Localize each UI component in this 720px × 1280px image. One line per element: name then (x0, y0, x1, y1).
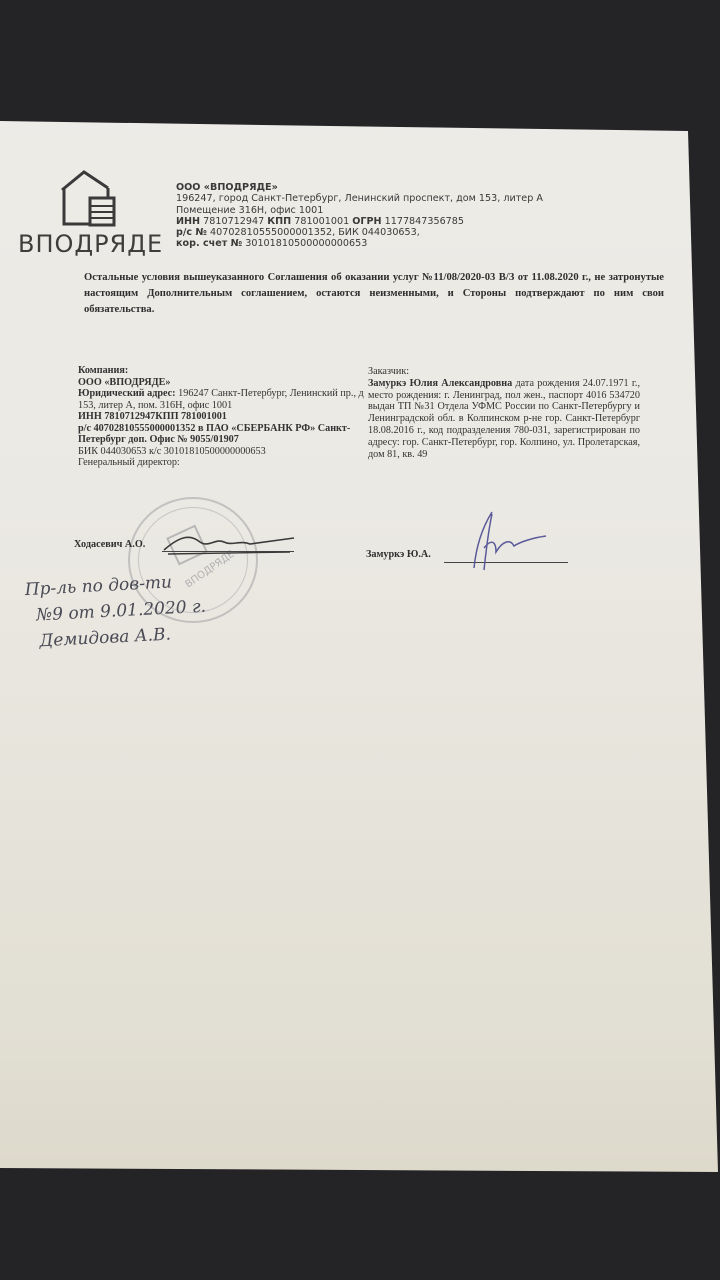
company-inn-kpp: ИНН 7810712947КПП 781001001 (78, 411, 366, 423)
logo-text: ВПОДРЯДЕ (18, 230, 163, 258)
customer-info: Замуркэ Юлия Александровна дата рождения… (368, 378, 640, 461)
handwritten-note: Пр-ль по дов-ти №9 от 9.01.2020 г. Демид… (24, 563, 298, 655)
company-heading: Компания: (78, 365, 366, 377)
letterhead-ids: ИНН 7810712947 КПП 781001001 ОГРН 117784… (176, 216, 616, 227)
company-details: Компания: ООО «ВПОДРЯДЕ» Юридический адр… (78, 365, 366, 469)
company-signatory: Ходасевич А.О. (74, 539, 145, 550)
customer-signatory: Замуркэ Ю.А. (366, 549, 431, 560)
customer-heading: Заказчик: (368, 366, 640, 378)
letterhead-address-2: Помещение 316Н, офис 1001 (176, 205, 616, 216)
letterhead-info: ООО «ВПОДРЯДЕ» 196247, город Санкт-Петер… (176, 182, 616, 250)
letterhead-account: р/с № 40702810555000001352, БИК 04403065… (176, 227, 616, 238)
company-name: ООО «ВПОДРЯДЕ» (78, 377, 366, 389)
customer-details: Заказчик: Замуркэ Юлия Александровна дат… (368, 366, 640, 460)
body-paragraph: Остальные условия вышеуказанного Соглаше… (84, 270, 664, 318)
company-bik: БИК 044030653 к/с 30101810500000000653 (78, 446, 366, 458)
company-account: р/с 40702810555000001352 в ПАО «СБЕРБАНК… (78, 423, 366, 446)
customer-signature-line (444, 562, 568, 563)
company-legal-address: Юридический адрес: 196247 Санкт-Петербур… (78, 388, 366, 411)
company-signature-line (162, 551, 294, 552)
house-with-garage-icon (58, 168, 122, 228)
letterhead-company: ООО «ВПОДРЯДЕ» (176, 182, 616, 193)
letterhead-address-1: 196247, город Санкт-Петербург, Ленинский… (176, 193, 616, 204)
letterhead-corr-account: кор. счет № 30101810500000000653 (176, 238, 616, 249)
company-role: Генеральный директор: (78, 457, 366, 469)
company-logo: ВПОДРЯДЕ (18, 168, 163, 260)
